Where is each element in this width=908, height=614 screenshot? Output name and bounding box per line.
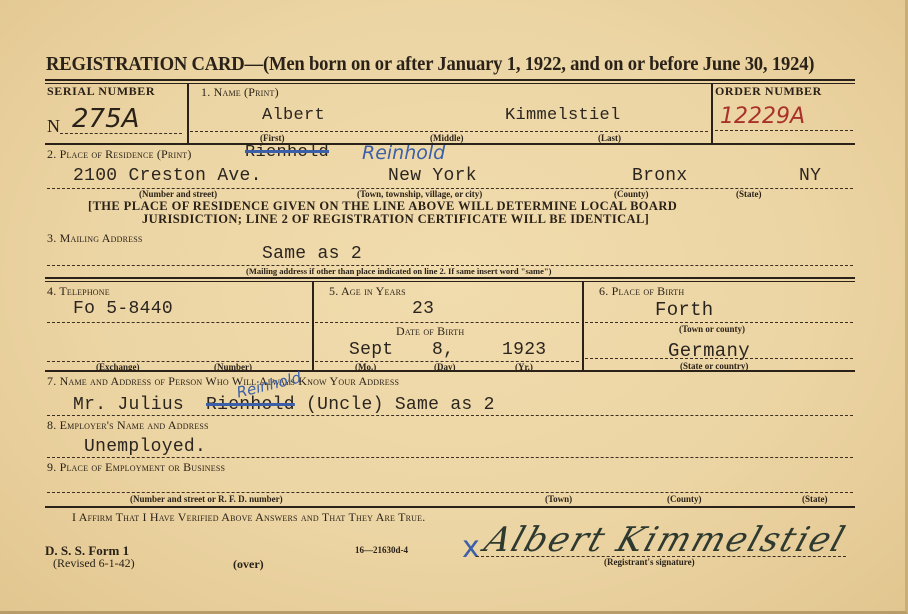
employment-town-caption: (Town) — [545, 494, 572, 504]
residence-street: 2100 Creston Ave. — [73, 166, 262, 186]
employment-state-caption: (State) — [802, 494, 828, 504]
dob-year: 1923 — [502, 340, 546, 360]
name-last: Kimmelstiel — [505, 106, 621, 125]
serial-number-line — [60, 133, 182, 134]
divider — [187, 83, 189, 143]
name-line — [190, 131, 708, 132]
place-of-birth-label: 6. Place of Birth — [599, 284, 684, 299]
residence-town-caption: (Town, township, village, or city) — [357, 189, 482, 199]
divider — [45, 281, 855, 282]
residence-notice-line2: JURISDICTION; LINE 2 OF REGISTRATION CER… — [142, 212, 649, 226]
place-of-birth-town-line — [585, 322, 853, 323]
contact-person-suffix: (Uncle) Same as 2 — [306, 395, 495, 415]
telephone-line — [47, 322, 309, 323]
mailing-address-caption: (Mailing address if other than place ind… — [246, 266, 551, 276]
name-first: Albert — [262, 106, 325, 125]
age-label: 5. Age in Years — [329, 284, 406, 299]
employer-label: 8. Employer's Name and Address — [47, 418, 209, 433]
age-line — [315, 322, 579, 323]
residence-town: New York — [388, 166, 477, 186]
telephone-label: 4. Telephone — [47, 284, 110, 299]
divider — [711, 83, 713, 143]
place-of-employment-label: 9. Place of Employment or Business — [47, 460, 225, 475]
telephone-line-2 — [47, 361, 309, 362]
name-last-caption: (Last) — [598, 133, 621, 143]
residence-care-of-handwritten: Reinhold — [362, 142, 445, 164]
residence-notice-line1: [THE PLACE OF RESIDENCE GIVEN ON THE LIN… — [88, 199, 677, 213]
divider — [312, 282, 314, 370]
contact-person-line — [47, 415, 853, 416]
order-number-line — [715, 130, 853, 131]
residence-state: NY — [799, 166, 821, 186]
place-of-employment-line — [47, 492, 853, 493]
signature-caption: (Registrant's signature) — [604, 557, 695, 567]
place-of-birth-town: Forth — [655, 299, 714, 321]
serial-number-label: SERIAL NUMBER — [47, 84, 155, 99]
residence-county-caption: (County) — [614, 189, 649, 199]
order-number-value: 12229A — [720, 104, 805, 129]
affirmation-text: I Affirm That I Have Verified Above Answ… — [72, 510, 425, 525]
telephone-value: Fo 5-8440 — [73, 299, 173, 319]
form-revised: (Revised 6-1-42) — [53, 556, 135, 571]
residence-state-caption: (State) — [736, 189, 762, 199]
age-value: 23 — [412, 299, 434, 319]
employer-line — [47, 457, 853, 458]
mailing-address-value: Same as 2 — [262, 244, 362, 264]
date-of-birth-label: Date of Birth — [396, 324, 464, 339]
serial-number-value: 275A — [72, 104, 139, 134]
card-title: REGISTRATION CARD—(Men born on or after … — [46, 53, 814, 76]
employer-value: Unemployed. — [84, 437, 206, 457]
contact-person-prefix: Mr. Julius — [73, 395, 184, 415]
name-first-caption: (First) — [260, 133, 285, 143]
contact-person-struck-name: Rienhold — [206, 395, 295, 415]
mailing-address-label: 3. Mailing Address — [47, 231, 143, 246]
signature-mark: x — [462, 530, 480, 565]
place-of-birth-town-caption: (Town or county) — [679, 324, 745, 334]
over-indicator: (over) — [233, 557, 264, 572]
registration-card: REGISTRATION CARD—(Men born on or after … — [0, 0, 908, 614]
employment-county-caption: (County) — [667, 494, 702, 504]
dob-day: 8, — [432, 340, 454, 360]
registrant-signature: Albert Kimmelstiel — [480, 520, 852, 560]
divider — [45, 370, 855, 372]
contact-person-label: 7. Name and Address of Person Who Will A… — [47, 374, 399, 389]
place-of-birth-country-line — [585, 358, 853, 359]
dob-month: Sept — [349, 340, 393, 360]
residence-label: 2. Place of Residence (Print) — [47, 147, 192, 162]
divider — [45, 79, 855, 81]
serial-number-prefix: N — [47, 116, 60, 137]
employment-street-caption: (Number and street or R. F. D. number) — [130, 494, 283, 504]
order-number-label: ORDER NUMBER — [715, 84, 822, 99]
divider — [45, 277, 855, 279]
residence-street-caption: (Number and street) — [139, 189, 217, 199]
print-code: 16—21630d-4 — [355, 545, 408, 555]
divider — [45, 143, 855, 145]
divider — [582, 282, 584, 370]
name-label: 1. Name (Print) — [201, 85, 279, 100]
residence-care-of-typed: Rienhold — [245, 143, 329, 162]
residence-county: Bronx — [632, 166, 688, 186]
divider — [45, 506, 855, 508]
